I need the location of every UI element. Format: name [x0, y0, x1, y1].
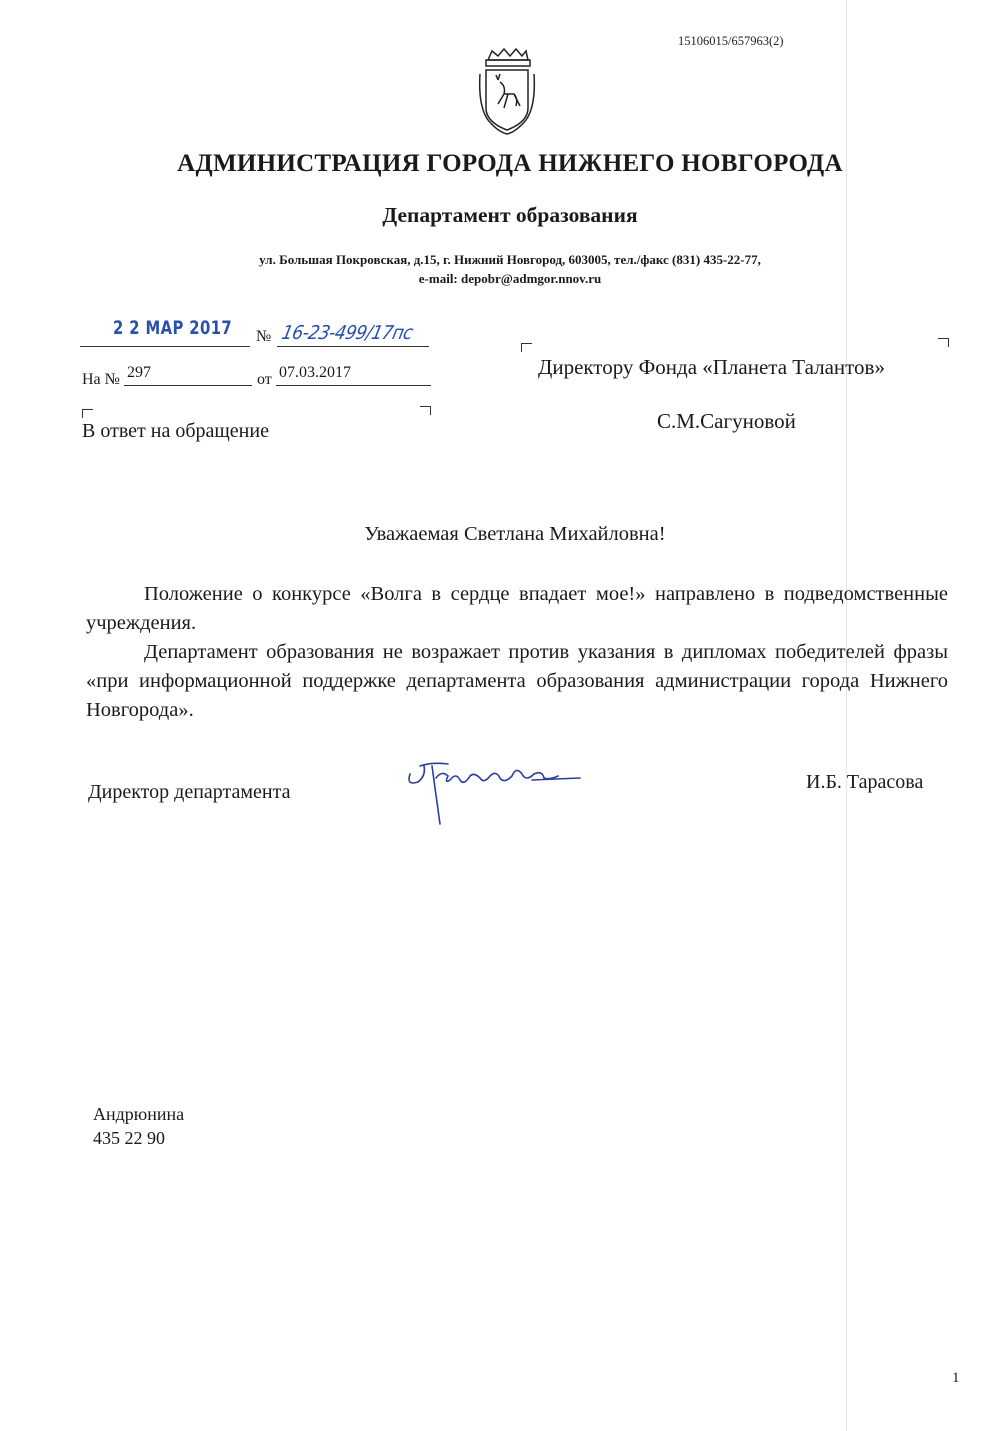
subject-corner-right: [420, 406, 431, 415]
in-reply-label: На №: [82, 371, 120, 389]
address-block: ул. Большая Покровская, д.15, г. Нижний …: [0, 250, 1000, 288]
executor-name: Андрюнина: [93, 1104, 184, 1125]
subject-corner-left: [82, 409, 93, 418]
executor-phone: 435 22 90: [93, 1128, 165, 1149]
in-reply-underline: [124, 385, 252, 386]
addressee-name: С.М.Сагуновой: [657, 408, 796, 435]
page-number: 1: [952, 1370, 960, 1387]
paragraph: Департамент образования не возражает про…: [86, 638, 948, 725]
in-reply-date: 07.03.2017: [279, 364, 351, 382]
from-label: от: [257, 371, 272, 389]
addressee-corner-left: [521, 343, 532, 352]
date-reply-underline: [276, 385, 431, 386]
registration-number: 15106015/657963(2): [678, 34, 784, 49]
department-title: Департамент образования: [0, 203, 1000, 228]
signer-name: И.Б. Тарасова: [806, 769, 923, 796]
letter-body: Положение о конкурсе «Волга в сердце впа…: [86, 580, 948, 725]
address-line: ул. Большая Покровская, д.15, г. Нижний …: [0, 250, 1000, 269]
number-underline: [277, 346, 429, 347]
date-underline: [80, 346, 250, 347]
organization-title: АДМИНИСТРАЦИЯ ГОРОДА НИЖНЕГО НОВГОРОДА: [0, 150, 1000, 178]
outgoing-number: 16-23-499/17пс: [280, 322, 415, 344]
number-label: №: [256, 328, 271, 346]
coat-of-arms-icon: [474, 46, 540, 136]
handwritten-signature: [402, 752, 582, 832]
addressee-position: Директору Фонда «Планета Талантов»: [538, 354, 885, 381]
salutation: Уважаемая Светлана Михайловна!: [0, 521, 1000, 548]
signer-position: Директор департамента: [88, 779, 290, 806]
subject-line: В ответ на обращение: [82, 418, 269, 445]
paragraph: Положение о конкурсе «Волга в сердце впа…: [86, 580, 948, 638]
date-stamp: 2 2 МАР 2017: [113, 317, 232, 339]
in-reply-number: 297: [127, 364, 151, 382]
addressee-corner-right: [938, 338, 949, 347]
email-line: e-mail: depobr@admgor.nnov.ru: [0, 269, 1000, 288]
